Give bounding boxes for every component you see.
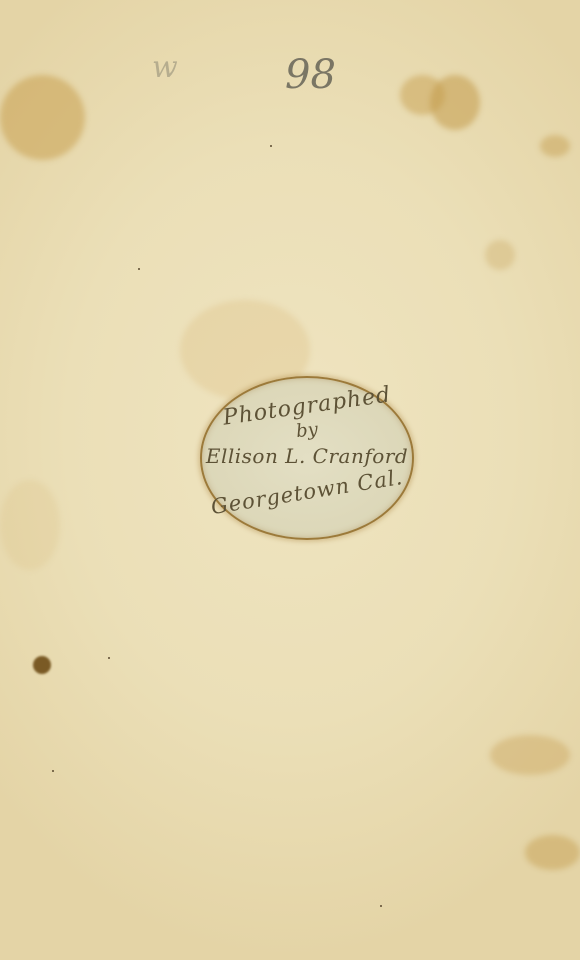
stain-dark-spot [33,656,51,674]
stain-right-edge [540,135,570,157]
imprint-line-location: Georgetown Cal. [201,464,412,521]
stain-right-mid [485,240,515,270]
imprint-line-name: Ellison L. Cranford [202,444,412,468]
speck [138,268,140,270]
speck [380,905,382,907]
stain-lower-right-b [525,835,580,870]
stain-top-left [0,75,85,160]
photographer-imprint-oval: Photographed by Ellison L. Cranford Geor… [200,376,414,540]
speck [108,657,110,659]
stain-top-right-b [430,75,480,130]
card-back: w 98 Photographed by Ellison L. Cranford… [0,0,580,960]
speck [270,145,272,147]
pencil-letter: w [152,50,179,85]
speck [52,770,54,772]
stain-lower-right-a [490,735,570,775]
stain-left-mid [0,480,60,570]
pencil-number: 98 [285,52,336,98]
